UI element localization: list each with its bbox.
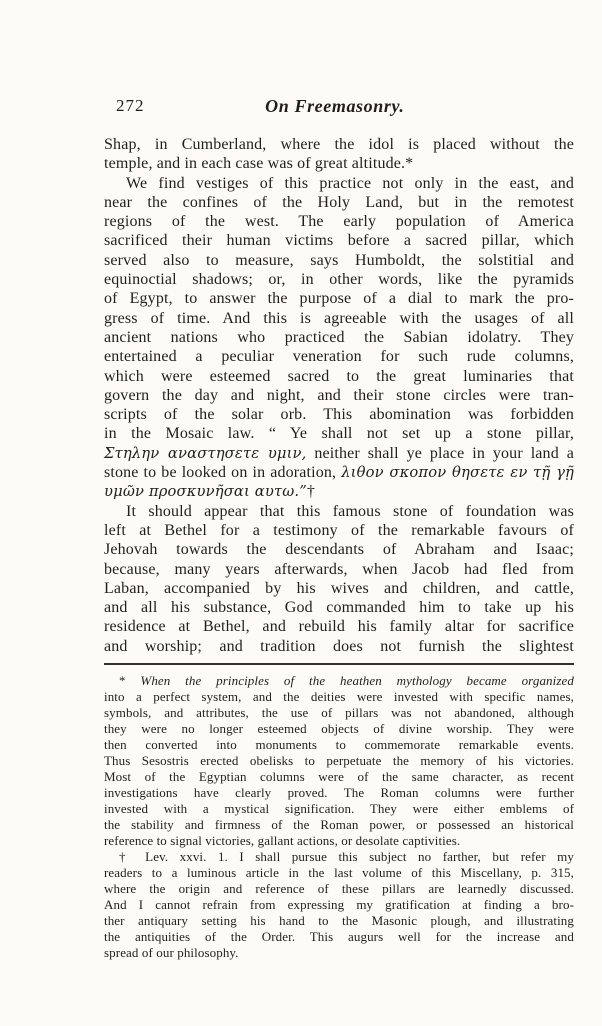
footnote-text-line: Thus Sesostris erected obelisks to perpe… [104,753,574,769]
body-text-line: It should appear that this famous stone … [104,502,574,521]
body-text-line: and worship; and tradition does not furn… [104,637,574,656]
body-text-line: stone to be looked on in adoration, λιθο… [104,463,574,482]
body-text-line: of Egypt, to answer the purpose of a dia… [104,289,574,308]
footnote-text-line: where the origin and reference of these … [104,881,574,897]
body-text-line: left at Bethel for a testimony of the re… [104,521,574,540]
footnote-text-line: into a perfect system, and the deities w… [104,689,574,705]
footnote-text-line: investigations have clearly proved. The … [104,785,574,801]
body-text-line: sacrificed their human victims before a … [104,231,574,250]
body-text-line: Jehovah towards the descendants of Abrah… [104,540,574,559]
body-text-line: near the confines of the Holy Land, but … [104,193,574,212]
body-text-line: gress of time. And this is agreeable wit… [104,309,574,328]
footnote-text-line: Most of the Egyptian columns were of the… [104,769,574,785]
body-text-line: temple, and in each case was of great al… [104,154,574,173]
body-text-line: ancient nations who practiced the Sabian… [104,328,574,347]
footnote-text-line: spread of our philosophy. [104,945,574,961]
body-text-line: entertained a peculiar veneration for su… [104,347,574,366]
body-text-line: residence at Bethel, and rebuild his fam… [104,617,574,636]
body-text-line: equinoctial shadows; or, in other words,… [104,270,574,289]
body-text-line: govern the day and night, and their ston… [104,386,574,405]
body-text-line: Στηλην αναστησετε υμιν, neither shall ye… [104,444,574,463]
footnotes-section: * When the principles of the heathen myt… [104,673,574,961]
footnote-divider [104,663,574,665]
footnote-text-line: symbols, and attributes, the use of pill… [104,705,574,721]
footnote-text-line: the antiquities of the Order. This augur… [104,929,574,945]
footnote-text-line: * When the principles of the heathen myt… [104,673,574,689]
body-text-line: and all his substance, God commanded him… [104,598,574,617]
body-text-line: We find vestiges of this practice not on… [104,174,574,193]
footnote-text-line: And I cannot refrain from expressing my … [104,897,574,913]
text-block: 272 On Freemasonry. Shap, in Cumberland,… [104,96,574,961]
footnote-text-line: invested with a mystical signification. … [104,801,574,817]
body-text-line: which were esteemed sacred to the great … [104,367,574,386]
footnote-text-line: the stability and firmness of the Roman … [104,817,574,833]
footnote-1: * When the principles of the heathen myt… [104,673,574,849]
page-header: 272 On Freemasonry. [104,96,574,120]
body-text-line: in the Mosaic law. “ Ye shall not set up… [104,424,574,443]
footnote-text-line: reference to signal victories, gallant a… [104,833,574,849]
body-text: Shap, in Cumberland, where the idol is p… [104,135,574,656]
body-text-line: υμῶν προσκυνῆσαι αυτω.”† [104,482,574,501]
body-text-line: regions of the west. The early populatio… [104,212,574,231]
page-number: 272 [116,96,145,116]
footnote-text-line: readers to a luminous article in the las… [104,865,574,881]
footnote-2: † Lev. xxvi. 1. I shall pursue this subj… [104,849,574,961]
body-text-line: served also to measure, says Humboldt, t… [104,251,574,270]
body-text-line: Laban, accompanied by his wives and chil… [104,579,574,598]
body-text-line: Shap, in Cumberland, where the idol is p… [104,135,574,154]
footnote-text-line: ther antiquary setting his hand to the M… [104,913,574,929]
body-text-line: scripts of the solar orb. This abominati… [104,405,574,424]
footnote-text-line: † Lev. xxvi. 1. I shall pursue this subj… [104,849,574,865]
book-page: 272 On Freemasonry. Shap, in Cumberland,… [0,0,602,1026]
footnote-text-line: they were no longer esteemed objects of … [104,721,574,737]
body-text-line: because, many years afterwards, when Jac… [104,560,574,579]
footnote-text-line: then converted into monuments to commemo… [104,737,574,753]
running-title: On Freemasonry. [265,96,404,117]
